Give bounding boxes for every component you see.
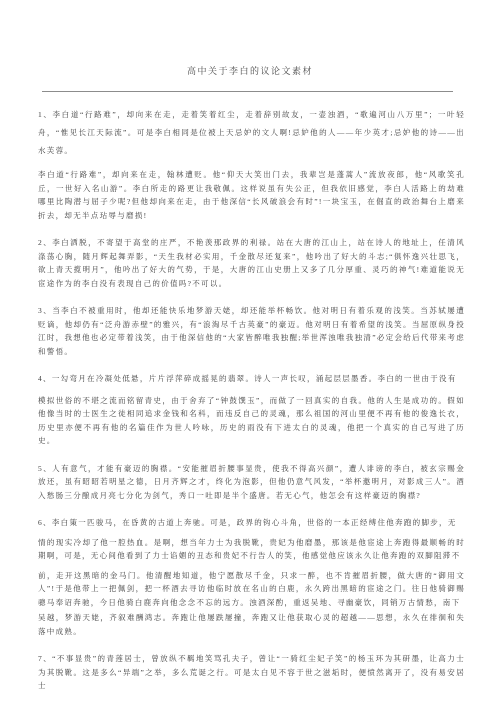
paragraph: 前，走开这黑暗的金马门。他清醒地知道，他宁愿散尽千金，只求一醉，也不肯摧眉折腰，… [38,569,465,610]
paragraph: 4、一勾弯月在冷凝处低悬，片片浮萍碎成摇晃的翡翠。诗人一声长叹，涌起层层墨香。李… [38,372,465,386]
paragraph: 模拟世俗的不堪之流而铭留青史，由于舍弃了“钟鼓馔玉”，而做了一回真实的自我。他的… [38,394,465,448]
paragraph: 3、当李白不被重用时，他却还能快乐地梦游天姥，却还能举杯畅饮。他对明日有着乐观的… [38,304,465,358]
document-body: 1、李白道“行路难”，却向来在走，走着笑着红尘，走着辞别故友，一壶浊酒，“歌遍河… [0,92,500,693]
paragraph: 李白道“行路难”，却向来在走，翰林遭贬。他“仰天大笑出门去，我辈岂是蓬蒿人”流放… [38,168,465,222]
paragraph: 6、李白策一匹骏马，在昏黄的古道上奔驰。可是，政界的钩心斗角，世俗的一本正经缚住… [38,516,465,530]
paragraph: 5、人有意气，才能有豪迈的胸襟。“安能摧眉折腰事显贵，使我不得高兴颜”，遭人诽谤… [38,462,465,503]
paragraph: 7、“不事显贵”的青莲居士，曾放纵不羁地笑骂孔夫子，曾让“一骑红尘妃子笑”的杨玉… [38,652,465,693]
paragraph: 吴越，梦游天姥，齐叙难酬鸿志。奔跑让他屡跌屡撞，奔跑又让他获取心灵的超越——思想… [38,611,465,638]
document-page: 高中关于李白的议论文素材 1、李白道“行路难”，却向来在走，走着笑着红尘，走着辞… [0,0,500,708]
paragraph: 2、李白洒脱，不寄望于高堂的庄严，不艳羡那政界的利禄。站在大唐的江山上，站在诗人… [38,236,465,290]
page-title: 高中关于李白的议论文素材 [0,0,500,77]
paragraph: 情的现实冷却了他一腔热血。是啊，想当年力士为我脱靴，贵妃为他磨墨，那该是他宦途上… [38,536,465,563]
paragraph: 1、李白道“行路难”，却向来在走，走着笑着红尘，走着辞别故友，一壶浊酒，“歌遍河… [38,106,465,160]
